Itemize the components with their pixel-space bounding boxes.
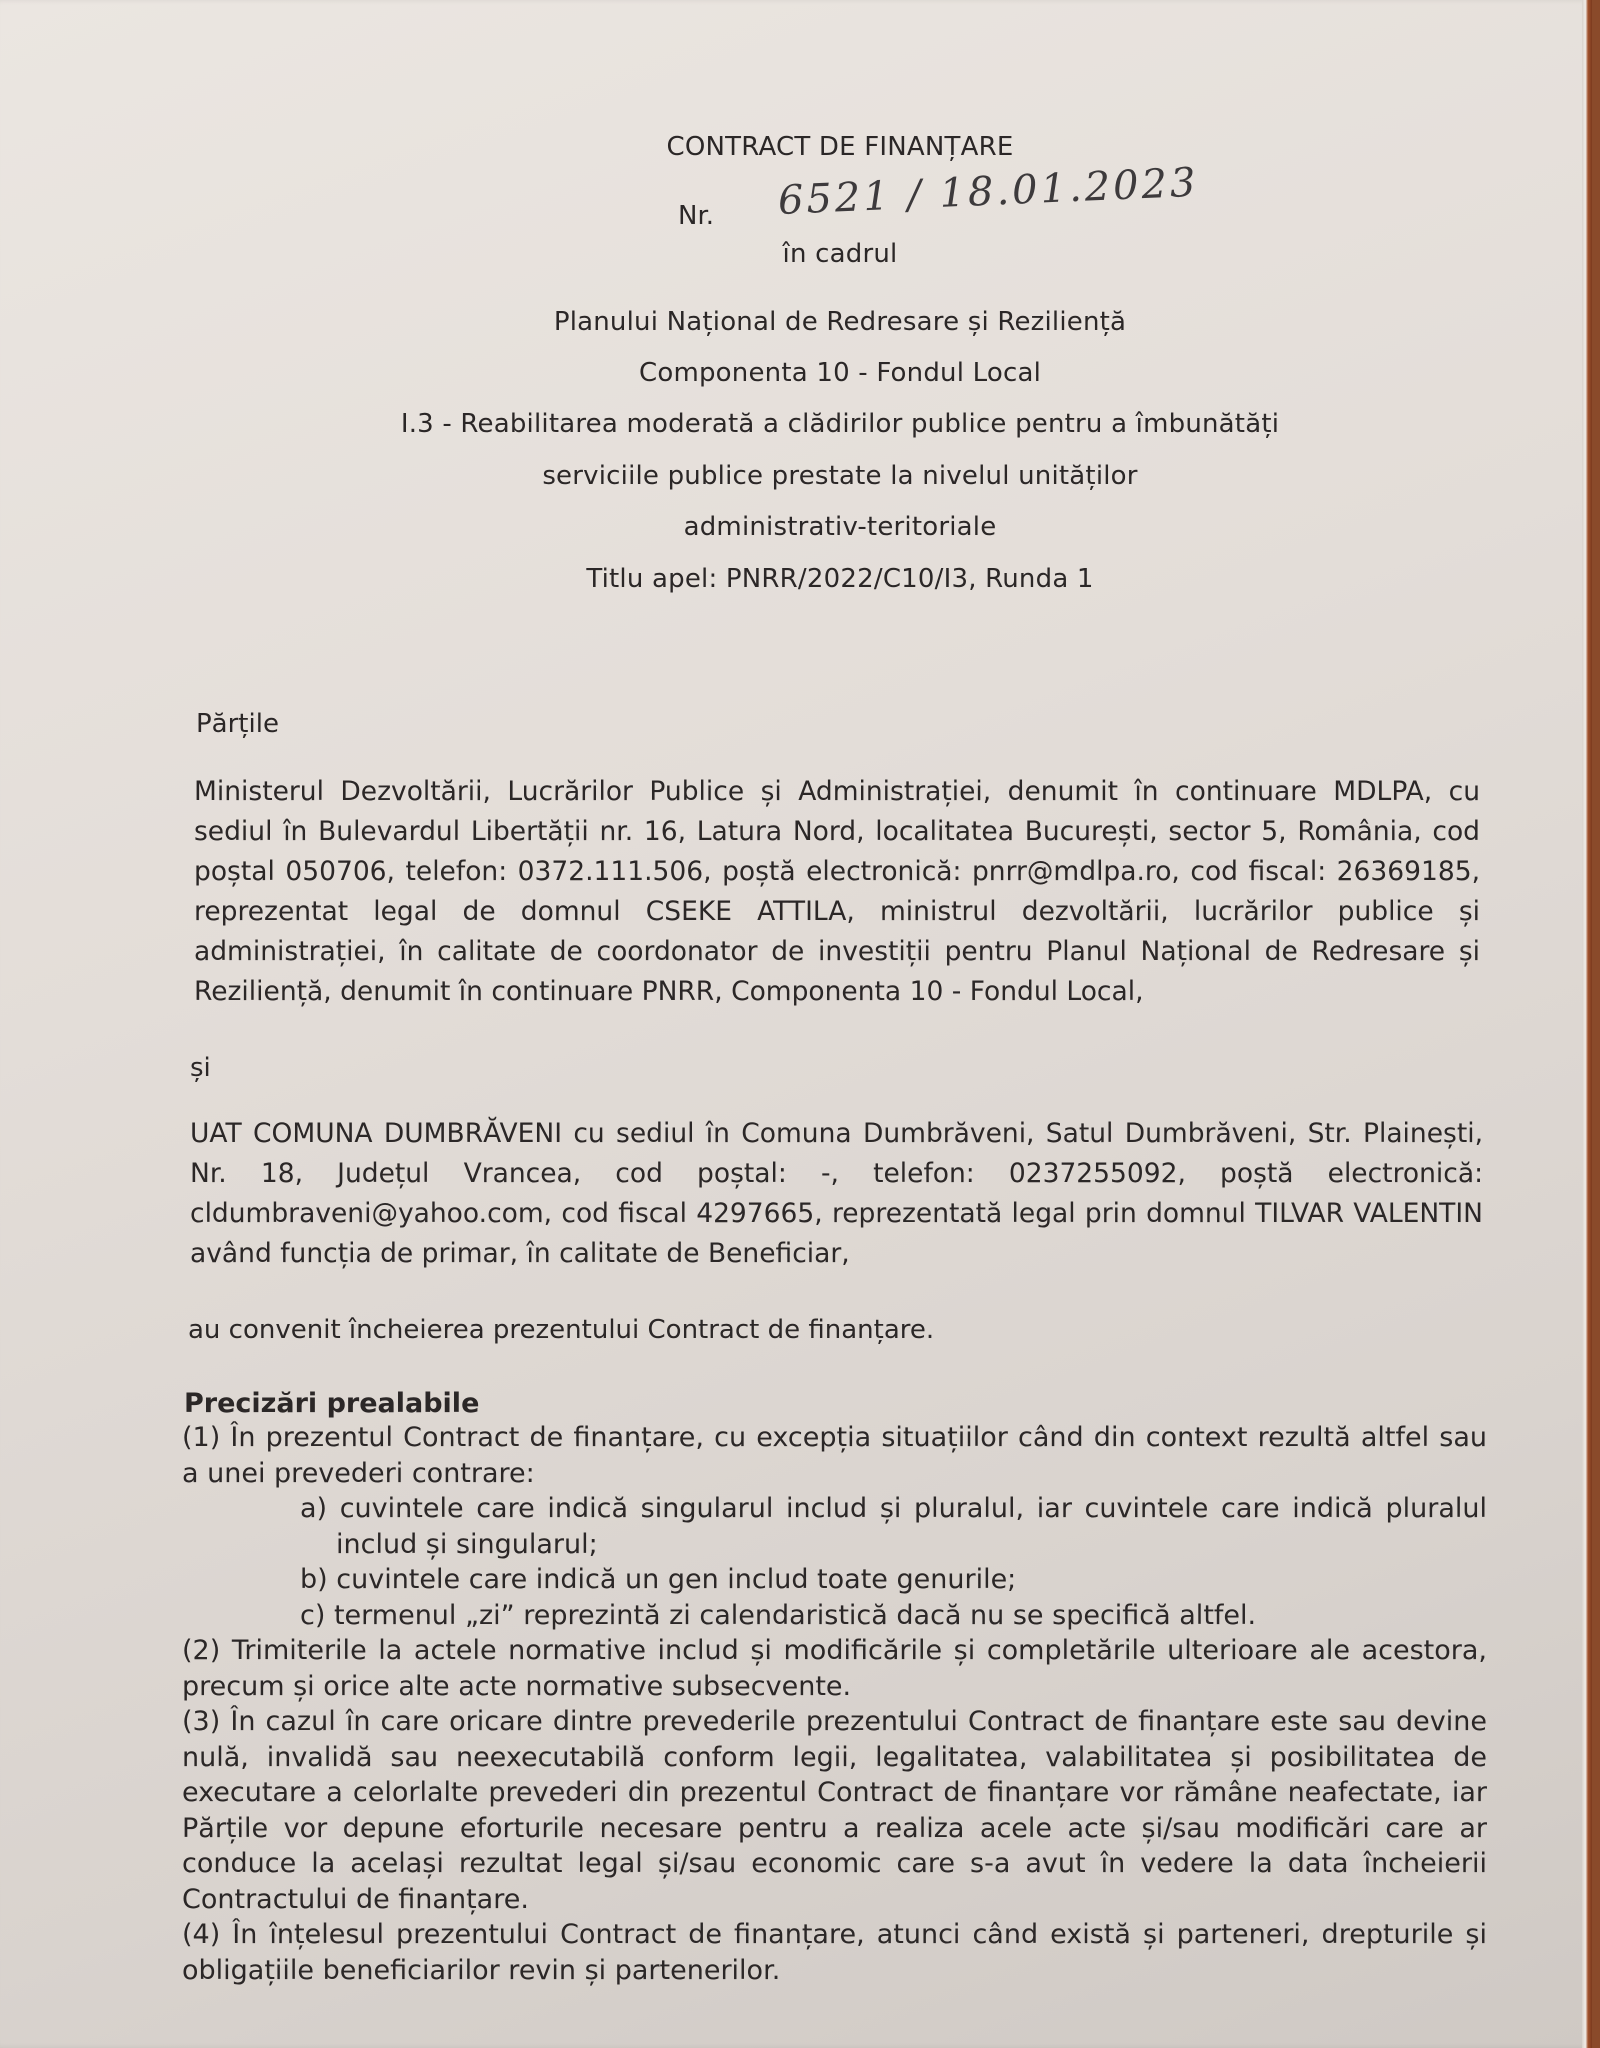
clause-2: (2) Trimiterile la actele normative incl… — [182, 1633, 1487, 1704]
paper-edge — [1582, 0, 1592, 2048]
agreement-statement: au convenit încheierea prezentului Contr… — [188, 1314, 934, 1346]
clause-1-a: a) cuvintele care indică singularul incl… — [218, 1491, 1487, 1562]
subtitle-line: serviciile publice prestate la nivelul u… — [0, 460, 1600, 492]
subtitle-line: Planului Național de Redresare și Rezili… — [0, 306, 1600, 338]
parties-heading: Părțile — [196, 708, 279, 740]
subtitle-line: Componenta 10 - Fondul Local — [0, 357, 1600, 389]
subtitle-line: I.3 - Reabilitarea moderată a clădirilor… — [0, 408, 1600, 440]
subtitle-line: administrativ-teritoriale — [0, 511, 1600, 543]
clause-1-b: b) cuvintele care indică un gen includ t… — [218, 1562, 1487, 1598]
contract-number-label: Nr. — [678, 200, 714, 232]
clause-3: (3) În cazul în care oricare dintre prev… — [182, 1704, 1487, 1917]
contract-page: CONTRACT DE FINANȚARE Nr. 6521 / 18.01.2… — [0, 0, 1592, 2048]
party-beneficiary: UAT COMUNA DUMBRĂVENI cu sediul în Comun… — [190, 1114, 1483, 1274]
call-title: Titlu apel: PNRR/2022/C10/I3, Runda 1 — [0, 563, 1600, 595]
party-ministry: Ministerul Dezvoltării, Lucrărilor Publi… — [194, 772, 1480, 1012]
clause-1-c: c) termenul „zi” reprezintă zi calendari… — [218, 1598, 1487, 1634]
contract-number-handwritten: 6521 / 18.01.2023 — [777, 160, 1199, 224]
clause-4: (4) În înțelesul prezentului Contract de… — [182, 1917, 1487, 1988]
subtitle-line: în cadrul — [0, 238, 1600, 270]
conjunction-si: și — [190, 1052, 211, 1084]
preliminary-heading: Precizări prealabile — [184, 1388, 479, 1420]
preliminary-clauses: (1) În prezentul Contract de finanțare, … — [182, 1420, 1487, 1988]
clause-1: (1) În prezentul Contract de finanțare, … — [182, 1420, 1487, 1491]
document-title: CONTRACT DE FINANȚARE — [0, 131, 1600, 163]
